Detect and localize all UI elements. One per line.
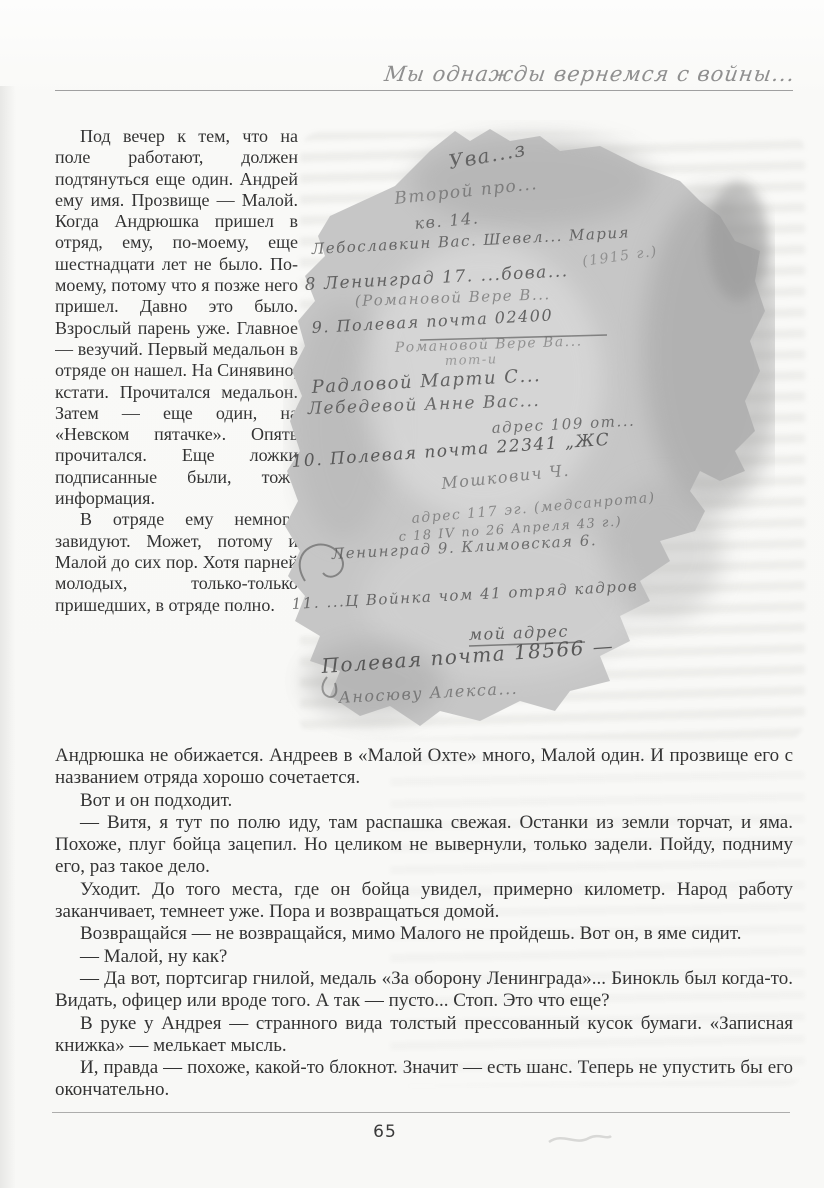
column-paragraph-2: В отряде ему немного завидуют. Может, по… — [55, 509, 298, 615]
running-title: Мы однажды вернемся с войны... — [53, 62, 796, 86]
column-paragraph-1: Под вечер к тем, что на поле работают, д… — [55, 126, 298, 509]
header-rule — [55, 90, 793, 91]
page-edge-shadow — [0, 86, 16, 1188]
body-paragraph-9: И, правда — похоже, какой-то блокнот. Зн… — [55, 1057, 793, 1097]
body-paragraph-4: Уходит. До того места, где он бойца увид… — [55, 879, 793, 924]
body-text: Андрюшка не обижается. Андреев в «Малой … — [55, 745, 793, 1097]
body-paragraph-7: — Да вот, портсигар гнилой, медаль «За о… — [55, 968, 793, 1013]
handwritten-note-photo: Ува...з Второй про... кв. 14. Лебославки… — [283, 120, 775, 740]
footer-rule — [52, 1112, 790, 1113]
body-paragraph-3: — Витя, я тут по полю иду, там распашка … — [55, 812, 793, 879]
pencil-smudge-mark — [545, 1124, 615, 1154]
body-paragraph-5: Возвращайся — не возвращайся, мимо Малог… — [55, 923, 793, 945]
body-paragraph-8: В руке у Андрея — странного вида толстый… — [55, 1013, 793, 1058]
handwriting-line-10: тот-и — [445, 352, 498, 369]
body-paragraph-1: Андрюшка не обижается. Андреев в «Малой … — [55, 745, 793, 790]
book-page: Мы однажды вернемся с войны... Под вечер… — [0, 0, 824, 1188]
left-text-column: Под вечер к тем, что на поле работают, д… — [55, 126, 298, 748]
body-paragraph-2: Вот и он подходит. — [55, 790, 793, 812]
page-number: 65 — [55, 1122, 715, 1142]
body-paragraph-6: — Малой, ну как? — [55, 946, 793, 968]
